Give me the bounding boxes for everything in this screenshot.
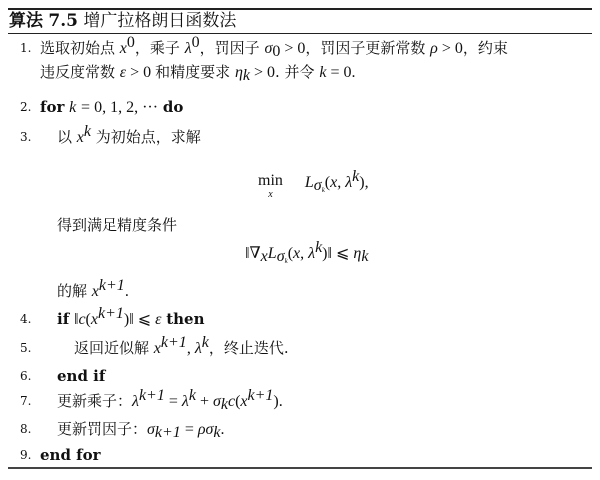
algorithm-title: 算法 7.5 增广拉格朗日函数法 [9,11,236,31]
step-5-line: 返回近似解 xk+1, λk，终止迭代. [74,338,289,359]
display-min-equation: minxLσk(x, λk), [258,172,369,200]
algorithm-label: 算法 [9,11,43,31]
step-4-line: if ‖c(xk+1)‖ ⩽ ε then [57,309,205,330]
step-number: 1. [20,38,31,58]
step-number: 8. [20,419,31,439]
algorithm-name: 增广拉格朗日函数法 [83,11,236,31]
step-2-line: for k = 0, 1, 2, ··· do [40,97,183,118]
top-rule [8,8,592,10]
bottom-rule [8,467,592,469]
title-rule [8,33,592,34]
step-number: 2. [20,97,31,117]
step-3-line: 以 xk 为初始点，求解 [57,127,201,148]
step-number: 7. [20,391,31,411]
algorithm-number: 7.5 [48,11,78,31]
step-7-line: 更新乘子：λk+1 = λk + σkc(xk+1). [57,391,283,412]
step-6-line: end if [57,366,105,386]
step-3-condition-label: 得到满足精度条件 [57,215,177,235]
display-gradient-condition: ‖∇xLσk(x, λk)‖ ⩽ ηk [245,243,368,264]
step-number: 9. [20,445,31,465]
step-number: 3. [20,127,31,147]
step-1-line-2: 违反度常数 ε > 0 和精度要求 ηk > 0. 并令 k = 0. [40,62,355,83]
step-3-solution: 的解 xk+1. [57,281,129,302]
step-8-line: 更新罚因子：σk+1 = ρσk. [57,419,225,440]
step-number: 4. [20,309,31,329]
step-1-line-1: 选取初始点 x0，乘子 λ0，罚因子 σ0 > 0，罚因子更新常数 ρ > 0，… [40,38,508,59]
step-number: 5. [20,338,31,358]
step-9-line: end for [40,445,101,465]
step-number: 6. [20,366,31,386]
